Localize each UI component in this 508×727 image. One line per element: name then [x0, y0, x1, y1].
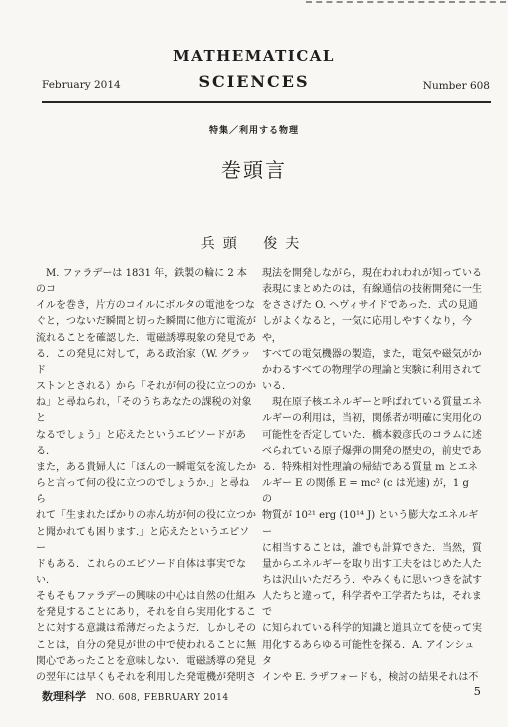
- article-body: M. ファラデーは 1831 年，鉄製の輪に 2 本のコ イルを巻き，片方のコイ…: [36, 266, 482, 686]
- header-date: February 2014: [42, 79, 121, 91]
- header-issue-number: Number 608: [423, 80, 490, 92]
- feature-label: 特集／利用する物理: [0, 123, 508, 136]
- magazine-page: MATHEMATICAL SCIENCES February 2014 Numb…: [0, 0, 508, 727]
- page-top-dashed-edge: [306, 1, 506, 3]
- journal-title-line1: MATHEMATICAL: [0, 47, 508, 65]
- article-title: 巻頭言: [0, 154, 508, 183]
- footer-page-number: 5: [474, 684, 481, 698]
- header-rule: [42, 101, 491, 103]
- article-author: 兵頭 俊夫: [0, 233, 508, 253]
- body-column-right: 現法を開発しながら，現在われわれが知っている 表現にまとめたのは，有線通信の技術…: [262, 266, 482, 686]
- footer: 数理科学NO. 608, FEBRUARY 2014: [42, 685, 229, 704]
- footer-journal-name: 数理科学: [42, 690, 86, 703]
- body-column-left: M. ファラデーは 1831 年，鉄製の輪に 2 本のコ イルを巻き，片方のコイ…: [36, 266, 256, 686]
- footer-issue-info: NO. 608, FEBRUARY 2014: [96, 693, 229, 703]
